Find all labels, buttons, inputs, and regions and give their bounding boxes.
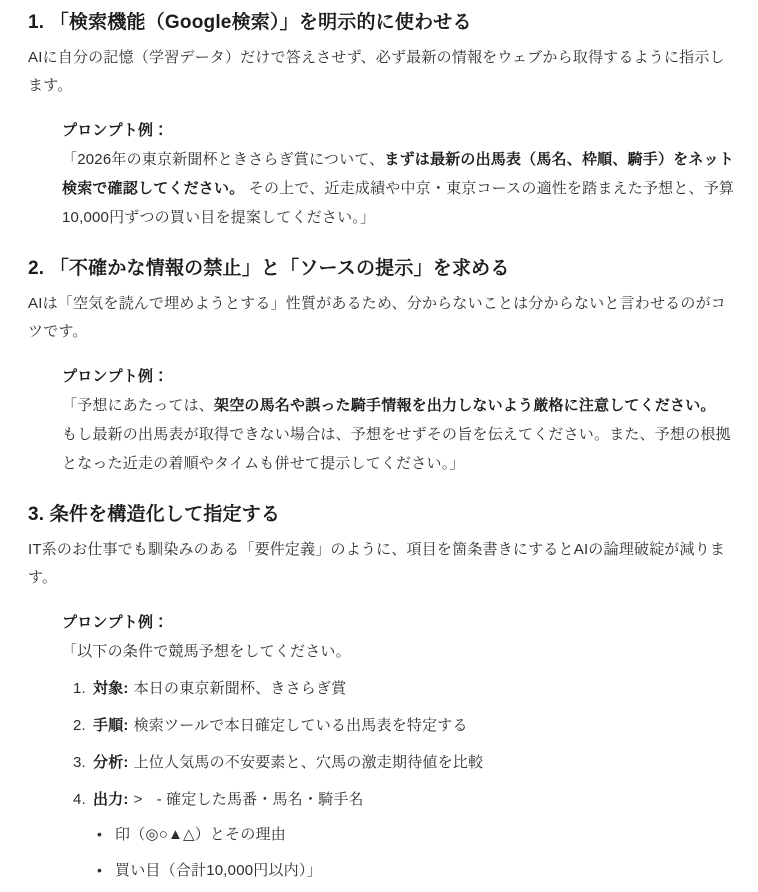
section-1-heading: 1. 「検索機能（Google検索）」を明示的に使わせる (28, 10, 735, 36)
output-sub-list: •印（◎○▲△）とその理由 •買い目（合計10,000円以内）」 (97, 823, 735, 882)
list-item-label: 分析: (93, 754, 129, 771)
section-2-intro: AIは「空気を読んで埋めようとする」性質があるため、分からないことは分からないと… (28, 290, 735, 346)
list-item-number: 4. (73, 789, 93, 811)
list-item-number: 3. (73, 752, 93, 774)
list-item-label: 対象: (93, 680, 129, 697)
section-3-intro: IT系のお仕事でも馴染みのある「要件定義」のように、項目を箇条書きにするとAIの… (28, 536, 735, 592)
list-item-label: 出力: (93, 791, 129, 808)
prompt-example-label: プロンプト例： (62, 608, 735, 637)
prompt-text-bold: 架空の馬名や誤った騎手情報を出力しないよう厳格に注意してください。 (214, 397, 716, 414)
section-no-uncertain-info: 2. 「不確かな情報の禁止」と「ソースの提示」を求める AIは「空気を読んで埋め… (28, 256, 735, 478)
section-1-prompt-example: プロンプト例： 「2026年の東京新聞杯ときさらぎ賞について、まずは最新の出馬表… (62, 116, 735, 232)
list-item-text: 印（◎○▲△）とその理由 (115, 826, 286, 843)
article: 1. 「検索機能（Google検索）」を明示的に使わせる AIに自分の記憶（学習… (0, 0, 758, 892)
bullet-icon: • (97, 859, 115, 881)
prompt-example-label: プロンプト例： (62, 116, 735, 145)
prompt-example-label: プロンプト例： (62, 362, 735, 391)
list-item-text: 本日の東京新聞杯、きさらぎ賞 (134, 680, 347, 697)
list-item: 4.出力:>- 確定した馬番・馬名・騎手名 (73, 789, 735, 811)
section-3-prompt-example: プロンプト例： 「以下の条件で競馬予想をしてください。 1.対象:本日の東京新聞… (62, 608, 735, 882)
section-2-heading: 2. 「不確かな情報の禁止」と「ソースの提示」を求める (28, 256, 735, 282)
section-3-heading: 3. 条件を構造化して指定する (28, 502, 735, 528)
prompt-example-text: 「2026年の東京新聞杯ときさらぎ賞について、まずは最新の出馬表（馬名、枠順、騎… (62, 145, 735, 232)
section-structured-conditions: 3. 条件を構造化して指定する IT系のお仕事でも馴染みのある「要件定義」のよう… (28, 502, 735, 882)
list-item: •印（◎○▲△）とその理由 (97, 823, 735, 846)
section-search-function: 1. 「検索機能（Google検索）」を明示的に使わせる AIに自分の記憶（学習… (28, 10, 735, 232)
list-item-text: 買い目（合計10,000円以内）」 (115, 862, 322, 879)
list-item: 1.対象:本日の東京新聞杯、きさらぎ賞 (73, 678, 735, 700)
list-item: •買い目（合計10,000円以内）」 (97, 859, 735, 882)
list-item-text: 検索ツールで本日確定している出馬表を特定する (134, 717, 468, 734)
prompt-example-text: 「予想にあたっては、架空の馬名や誤った騎手情報を出力しないよう厳格に注意してくだ… (62, 391, 735, 478)
bullet-icon: • (97, 823, 115, 845)
list-item-label: 手順: (93, 717, 129, 734)
list-item: 2.手順:検索ツールで本日確定している出馬表を特定する (73, 715, 735, 737)
list-item: 3.分析:上位人気馬の不安要素と、穴馬の激走期待値を比較 (73, 752, 735, 774)
prompt-text-plain: 「予想にあたっては、 (62, 397, 214, 414)
section-1-intro: AIに自分の記憶（学習データ）だけで答えさせず、必ず最新の情報をウェブから取得す… (28, 44, 735, 100)
blockquote-marker: > (134, 791, 143, 808)
prompt-text-plain: もし最新の出馬表が取得できない場合は、予想をせずその旨を伝えてください。また、予… (62, 426, 731, 472)
list-item-text: 上位人気馬の不安要素と、穴馬の激走期待値を比較 (134, 754, 484, 771)
list-item-number: 1. (73, 678, 93, 700)
prompt-opening-line: 「以下の条件で競馬予想をしてください。 (62, 637, 735, 666)
prompt-text-plain: 「2026年の東京新聞杯ときさらぎ賞について、 (62, 151, 384, 168)
section-2-prompt-example: プロンプト例： 「予想にあたっては、架空の馬名や誤った騎手情報を出力しないよう厳… (62, 362, 735, 478)
list-item-number: 2. (73, 715, 93, 737)
condition-list: 1.対象:本日の東京新聞杯、きさらぎ賞 2.手順:検索ツールで本日確定している出… (73, 678, 735, 811)
list-item-text: - 確定した馬番・馬名・騎手名 (157, 791, 364, 808)
